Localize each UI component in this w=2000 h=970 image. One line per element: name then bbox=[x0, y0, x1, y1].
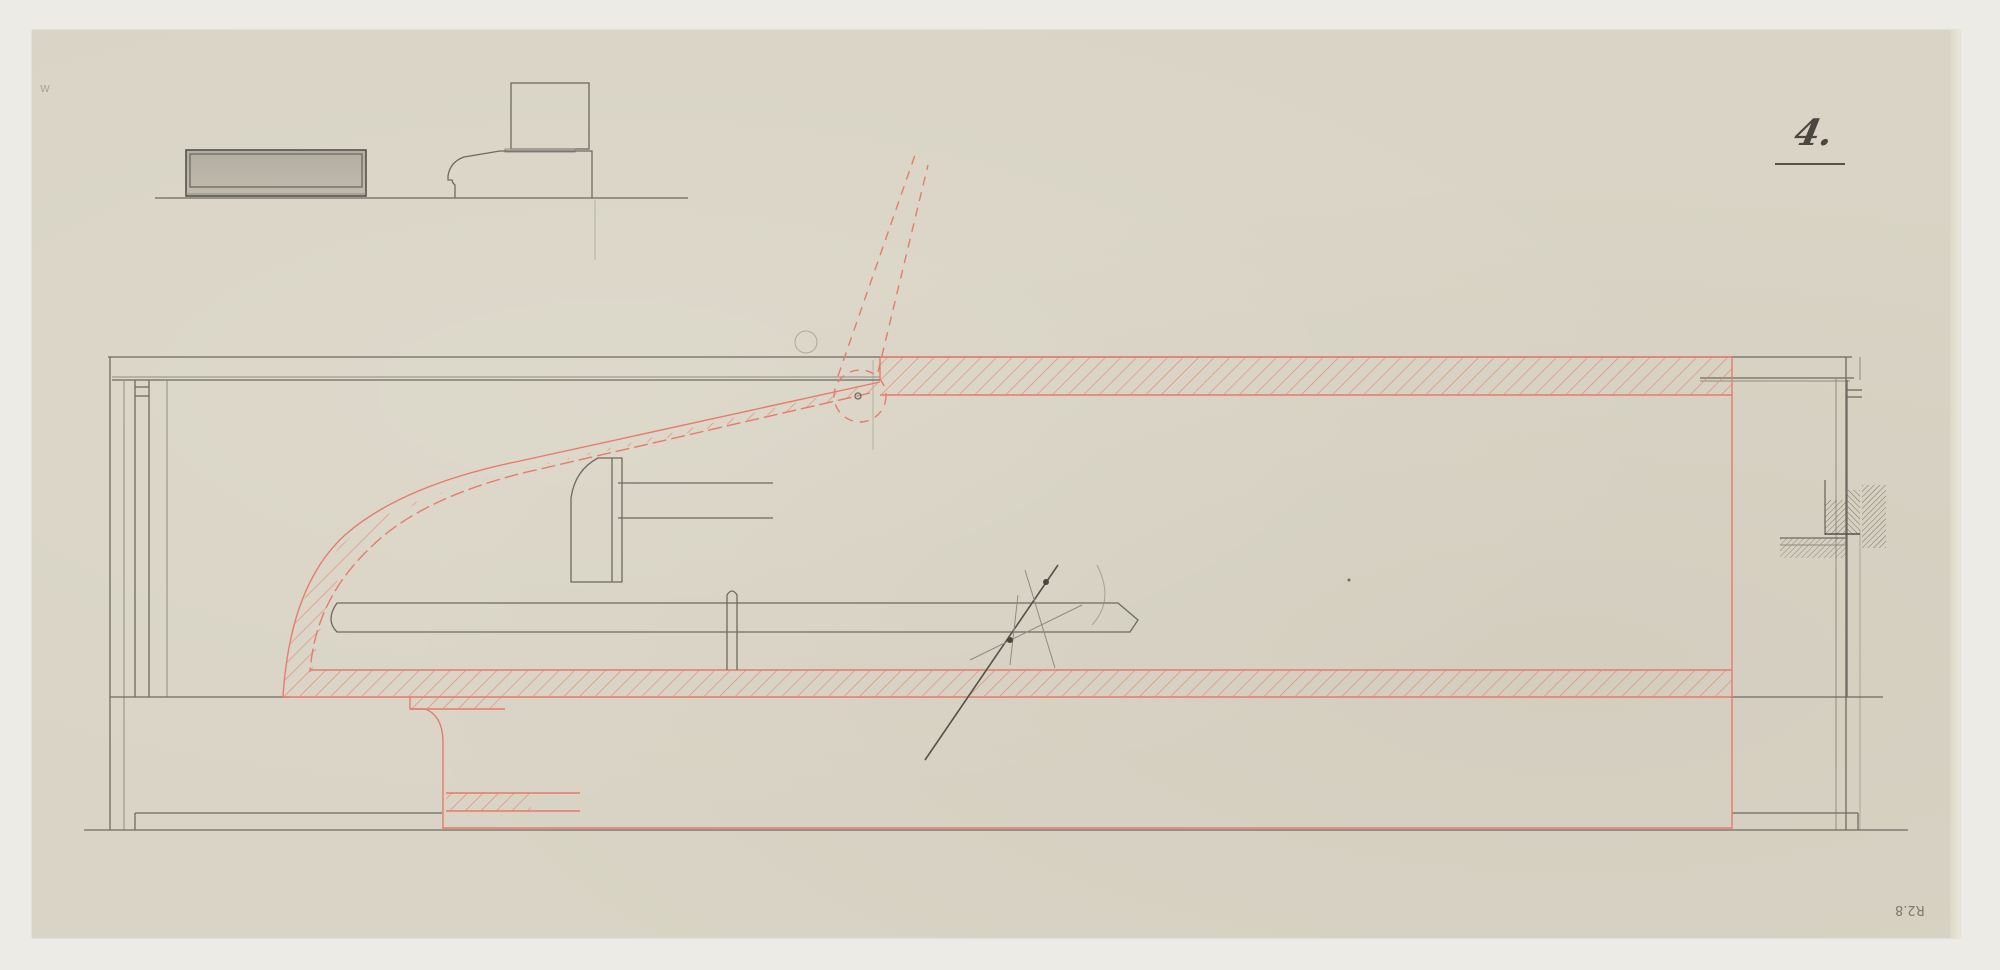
sheet-number-underline bbox=[1775, 163, 1845, 165]
construction-circle bbox=[795, 331, 817, 353]
right-joint-detail bbox=[1780, 480, 1886, 558]
piano-case-section bbox=[283, 155, 1732, 830]
side-elevation-thumbnail bbox=[448, 83, 592, 198]
corner-mark: W bbox=[40, 84, 50, 95]
keyboard-action bbox=[331, 458, 1138, 760]
pencil-dot bbox=[1348, 579, 1351, 582]
front-elevation-thumbnail bbox=[186, 150, 366, 196]
catalog-mark: R2.8 bbox=[1895, 902, 1925, 917]
drawing-canvas bbox=[0, 0, 2000, 970]
outer-frame bbox=[84, 357, 1908, 830]
